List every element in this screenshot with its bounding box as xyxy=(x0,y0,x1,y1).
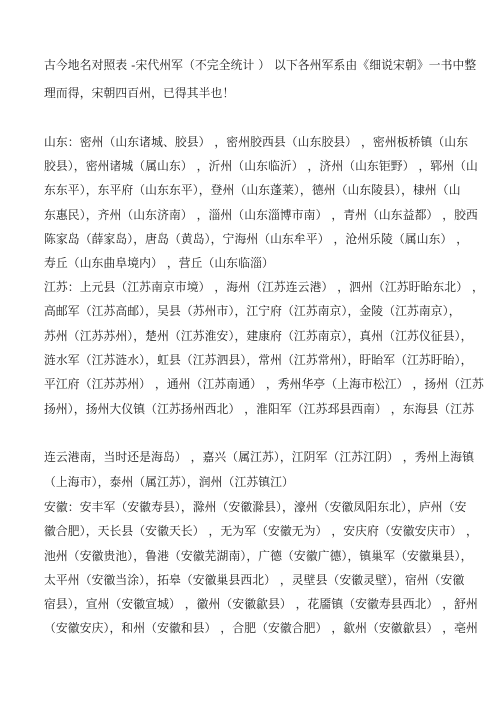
text-line: （安徽安庆），和州（安徽和县） ，合肥（安徽合肥） ，歙州（安徽歙县） ，亳州 xyxy=(44,620,478,636)
text-line: 东东平），东平府（山东东平），登州（山东蓬莱），德州（山东陵县），棣州（山 xyxy=(44,182,461,198)
text-line: 苏州（江苏苏州），楚州（江苏淮安），建康府（江苏南京），真州（江苏仪征县）， xyxy=(44,328,472,344)
text-line: 平江府（江苏苏州） ，通州（江苏南通） ，秀州华亭（上海市松江） ，扬州（江苏 xyxy=(44,376,484,392)
text-line: 胶县），密州诸城（属山东） ，沂州（山东临沂） ，济州（山东钜野） ，郓州（山 xyxy=(44,158,478,174)
text-line: 陈家岛（薛家岛），唐岛（黄岛），宁海州（山东牟平） ，沧州乐陵（属山东） ， xyxy=(44,231,468,247)
text-line: 扬州），扬州大仪镇（江苏扬州西北） ，淮阳军（江苏邳县西南） ，东海县（江苏 xyxy=(44,401,474,417)
text-line: 池州（安徽贵池），鲁港（安徽芜湖南），广德（安徽广德），镇巢军（安徽巢县）， xyxy=(44,548,472,564)
text-line: 东惠民），齐州（山东济南） ，淄州（山东淄博市南） ，青州（山东益都） ，胶西 xyxy=(44,207,478,223)
intro-text-line: 理而得，宋朝四百州，已得其半也！ xyxy=(44,85,234,101)
text-line: 寿丘（山东曲阜境内） ，营丘（山东临淄） xyxy=(44,255,274,271)
intro-title-line: 古今地名对照表 -宋代州军（不完全统计 ） 以下各州军系由《细说宋朝》一书中整 xyxy=(44,57,476,73)
text-line: 涟水军（江苏涟水），虹县（江苏泗县），常州（江苏常州），盱眙军（江苏盱眙）， xyxy=(44,352,472,368)
text-line: （上海市），泰州（属江苏），润州（江苏镇江） xyxy=(44,474,294,490)
text-line: 安徽：安丰军（安徽寿县），滁州（安徽滁县），濠州（安徽凤阳东北），庐州（安 xyxy=(44,499,467,515)
text-line: 山东：密州（山东诸城、胶县） ，密州胶西县（山东胶县） ，密州板桥镇（山东 xyxy=(44,134,468,150)
text-line: 太平州（安徽当涂），拓皋（安徽巢县西北） ，灵壁县（安徽灵壁），宿州（安徽 xyxy=(44,572,464,588)
text-line: 江苏：上元县（江苏南京市境） ，海州（江苏连云港） ，泗州（江苏盱眙东北） ， xyxy=(44,279,484,295)
text-line: 连云港南，当时还是海岛） ，嘉兴（属江苏），江阴军（江苏江阴） ，秀州上海镇 xyxy=(44,449,474,465)
text-line: 徽合肥），天长县（安徽天长） ，无为军（安徽无为） ，安庆府（安徽安庆市） ， xyxy=(44,523,478,539)
text-line: 高邮军（江苏高邮），吴县（苏州市），江宁府（江苏南京），金陵（江苏南京）， xyxy=(44,303,461,319)
text-line: 宿县），宣州（安徽宣城） ，徽州（安徽歙县） ，花靥镇（安徽寿县西北） ，舒州 xyxy=(44,596,478,612)
